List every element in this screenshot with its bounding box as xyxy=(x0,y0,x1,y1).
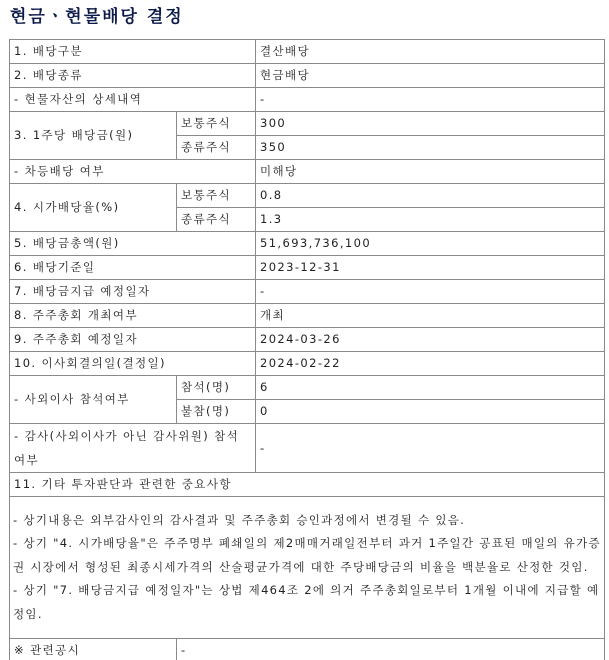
dividend-decision-table: 1. 배당구분 결산배당 2. 배당종류 현금배당 - 현물자산의 상세내역 -… xyxy=(9,39,605,660)
row-label: 11. 기타 투자판단과 관련한 중요사항 xyxy=(10,473,605,497)
page-title: 현금ㆍ현물배당 결정 xyxy=(10,6,184,28)
row-value: 2024-03-26 xyxy=(256,328,605,352)
row-label: ※ 관련공시 xyxy=(10,639,177,660)
table-row-differential: - 차등배당 여부 미해당 xyxy=(10,160,605,184)
row-value: 6 xyxy=(256,376,605,400)
table-row-record-date: 6. 배당기준일 2023-12-31 xyxy=(10,256,605,280)
table-row-audit-attendance: - 감사(사외이사가 아닌 감사위원) 참석여부 - xyxy=(10,424,605,473)
table-row-dividend-type: 1. 배당구분 결산배당 xyxy=(10,40,605,64)
row-value: 350 xyxy=(256,136,605,160)
row-value: 2024-02-22 xyxy=(256,352,605,376)
table-row-dps-common: 3. 1주당 배당금(원) 보통주식 300 xyxy=(10,112,605,136)
table-row-outside-directors-present: - 사외이사 참석여부 참석(명) 6 xyxy=(10,376,605,400)
row-sublabel: 보통주식 xyxy=(177,184,256,208)
row-label: 6. 배당기준일 xyxy=(10,256,256,280)
row-label: 10. 이사회결의일(결정일) xyxy=(10,352,256,376)
note-item: - 상기내용은 외부감사인의 감사결과 및 주주총회 승인과정에서 변경될 수 … xyxy=(13,509,602,533)
row-sublabel: 종류주식 xyxy=(177,208,256,232)
row-value: 현금배당 xyxy=(256,64,605,88)
row-label: 4. 시가배당율(%) xyxy=(10,184,177,232)
note-item: - 상기 "4. 시가배당율"은 주주명부 폐쇄일의 제2매매거래일전부터 과거… xyxy=(13,532,602,579)
row-value: - xyxy=(177,639,605,660)
row-value: 2023-12-31 xyxy=(256,256,605,280)
row-label: - 차등배당 여부 xyxy=(10,160,256,184)
row-value: 미해당 xyxy=(256,160,605,184)
row-sublabel: 보통주식 xyxy=(177,112,256,136)
row-label: - 사외이사 참석여부 xyxy=(10,376,177,424)
row-label: 3. 1주당 배당금(원) xyxy=(10,112,177,160)
row-value: 51,693,736,100 xyxy=(256,232,605,256)
row-label: - 감사(사외이사가 아닌 감사위원) 참석여부 xyxy=(10,424,256,473)
row-value: 결산배당 xyxy=(256,40,605,64)
notes-cell: - 상기내용은 외부감사인의 감사결과 및 주주총회 승인과정에서 변경될 수 … xyxy=(10,497,605,639)
row-label: 1. 배당구분 xyxy=(10,40,256,64)
row-value: 0.8 xyxy=(256,184,605,208)
table-row-yield-common: 4. 시가배당율(%) 보통주식 0.8 xyxy=(10,184,605,208)
table-row-related-disclosure: ※ 관련공시 - xyxy=(10,639,605,660)
table-row-agm-date: 9. 주주총회 예정일자 2024-03-26 xyxy=(10,328,605,352)
table-row-other-matters-notes: - 상기내용은 외부감사인의 감사결과 및 주주총회 승인과정에서 변경될 수 … xyxy=(10,497,605,639)
table-row-total-dividend: 5. 배당금총액(원) 51,693,736,100 xyxy=(10,232,605,256)
table-row-board-resolution-date: 10. 이사회결의일(결정일) 2024-02-22 xyxy=(10,352,605,376)
row-sublabel: 불참(명) xyxy=(177,400,256,424)
table-row-dividend-kind: 2. 배당종류 현금배당 xyxy=(10,64,605,88)
row-value: 1.3 xyxy=(256,208,605,232)
row-sublabel: 참석(명) xyxy=(177,376,256,400)
table-row-in-kind-detail: - 현물자산의 상세내역 - xyxy=(10,88,605,112)
row-value: 개최 xyxy=(256,304,605,328)
row-value: 0 xyxy=(256,400,605,424)
row-label: 2. 배당종류 xyxy=(10,64,256,88)
table-row-payment-date: 7. 배당금지급 예정일자 - xyxy=(10,280,605,304)
row-label: 9. 주주총회 예정일자 xyxy=(10,328,256,352)
row-value: 300 xyxy=(256,112,605,136)
row-label: 8. 주주총회 개최여부 xyxy=(10,304,256,328)
table-row-other-matters-header: 11. 기타 투자판단과 관련한 중요사항 xyxy=(10,473,605,497)
row-value: - xyxy=(256,88,605,112)
row-value: - xyxy=(256,424,605,473)
row-label: 5. 배당금총액(원) xyxy=(10,232,256,256)
table-row-agm-held: 8. 주주총회 개최여부 개최 xyxy=(10,304,605,328)
note-item: - 상기 "7. 배당금지급 예정일자"는 상법 제464조 2에 의거 주주총… xyxy=(13,579,602,626)
row-label: - 현물자산의 상세내역 xyxy=(10,88,256,112)
row-sublabel: 종류주식 xyxy=(177,136,256,160)
row-label: 7. 배당금지급 예정일자 xyxy=(10,280,256,304)
row-value: - xyxy=(256,280,605,304)
